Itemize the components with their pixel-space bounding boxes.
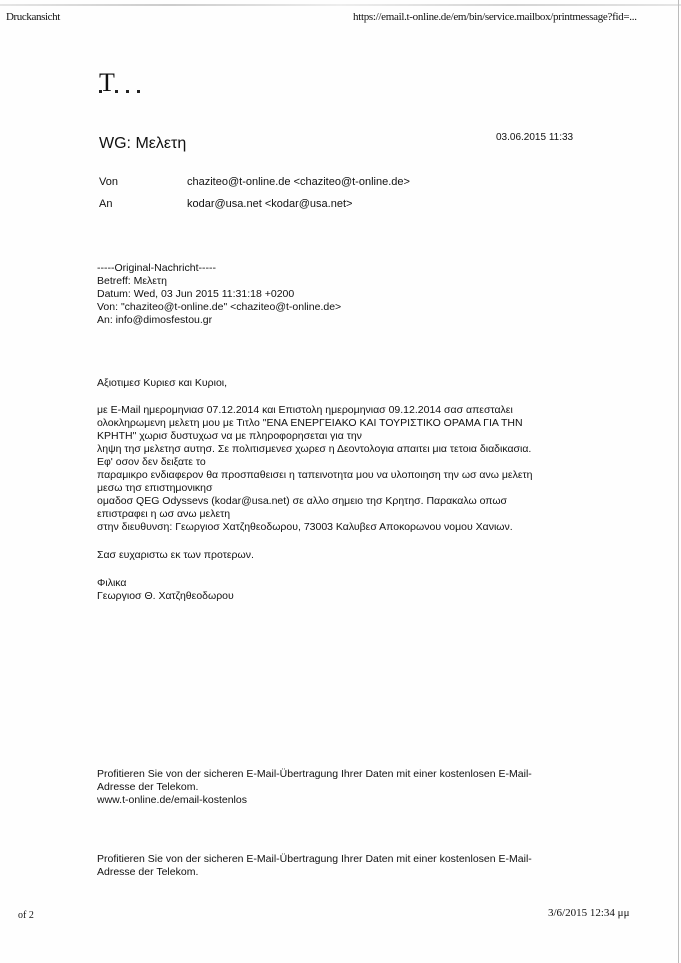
email-date: 03.06.2015 11:33 <box>496 132 573 143</box>
ad-line: Adresse der Telekom. <box>97 866 532 879</box>
from-value[interactable]: chaziteo@t-online.de <chaziteo@t-online.… <box>187 176 410 188</box>
closing: Φιλικα <box>97 577 234 590</box>
print-timestamp: 3/6/2015 12:34 μμ <box>548 907 629 919</box>
page-number: of 2 <box>18 910 34 921</box>
greeting: Αξιοτιμεσ Κυριεσ και Κυριοι, <box>97 377 227 390</box>
original-message-header: -----Original-Nachricht----- Betreff: Με… <box>97 262 341 327</box>
paragraph-line: ΚΡΗΤΗ" χωρισ δυστυχωσ να με πληροφορησετ… <box>97 430 533 443</box>
logo-dot <box>99 90 102 93</box>
signature-block: Φιλικα Γεωργιοσ Θ. Χατζηθεοδωρου <box>97 577 234 603</box>
thanks-line: Σασ ευχαριστω εκ των προτερων. <box>97 549 254 562</box>
paragraph-line: Εφ' οσον δεν δειξατε το <box>97 456 533 469</box>
original-date: Datum: Wed, 03 Jun 2015 11:31:18 +0200 <box>97 288 341 301</box>
ad-line: Profitieren Sie von der sicheren E-Mail-… <box>97 768 532 781</box>
from-label: Von <box>99 176 187 188</box>
print-url: https://email.t-online.de/em/bin/service… <box>353 11 637 23</box>
scan-edge-right <box>678 0 679 963</box>
from-row: Vonchaziteo@t-online.de <chaziteo@t-onli… <box>99 176 410 188</box>
paragraph-line: ληψη τησ μελετησ αυτησ. Σε πολιτισμενεσ … <box>97 443 533 456</box>
paragraph-line: επιστραφει η ωσ ανω μελετη <box>97 508 533 521</box>
to-row: Ankodar@usa.net <kodar@usa.net> <box>99 198 352 210</box>
telekom-logo: T <box>99 76 159 100</box>
paragraph-line: μεσω τησ επιστημονικησ <box>97 482 533 495</box>
scan-edge <box>0 4 681 6</box>
paragraph-line: παραμικρο ενδιαφερον θα προσπαθεισει η τ… <box>97 469 533 482</box>
ad-line: Adresse der Telekom. <box>97 781 532 794</box>
message-paragraph: με E-Mail ημερομηνιασ 07.12.2014 και Επι… <box>97 404 533 534</box>
original-separator: -----Original-Nachricht----- <box>97 262 341 275</box>
signature: Γεωργιοσ Θ. Χατζηθεοδωρου <box>97 590 234 603</box>
original-subject: Betreff: Μελετη <box>97 275 341 288</box>
ad-link[interactable]: www.t-online.de/email-kostenlos <box>97 794 532 807</box>
to-value[interactable]: kodar@usa.net <kodar@usa.net> <box>187 198 352 210</box>
paragraph-line: ομαδοσ QEG Odyssevs (kodar@usa.net) σε α… <box>97 495 533 508</box>
original-from: Von: "chaziteo@t-online.de" <chaziteo@t-… <box>97 301 341 314</box>
original-to: An: info@dimosfestou.gr <box>97 314 341 327</box>
ad-block-2: Profitieren Sie von der sicheren E-Mail-… <box>97 853 532 879</box>
logo-dot <box>126 90 129 93</box>
to-label: An <box>99 198 187 210</box>
logo-dot <box>115 90 118 93</box>
paragraph-line: ολοκληρωμενη μελετη μου με Τιτλο "ΕΝΑ ΕΝ… <box>97 417 533 430</box>
logo-dot <box>137 90 140 93</box>
paragraph-line: με E-Mail ημερομηνιασ 07.12.2014 και Επι… <box>97 404 533 417</box>
paragraph-line: στην διευθυνση: Γεωργιοσ Χατζηθεοδωρου, … <box>97 521 533 534</box>
ad-block-1: Profitieren Sie von der sicheren E-Mail-… <box>97 768 532 807</box>
print-view-title: Druckansicht <box>6 11 60 23</box>
ad-line: Profitieren Sie von der sicheren E-Mail-… <box>97 853 532 866</box>
email-subject: WG: Μελετη <box>99 135 186 153</box>
